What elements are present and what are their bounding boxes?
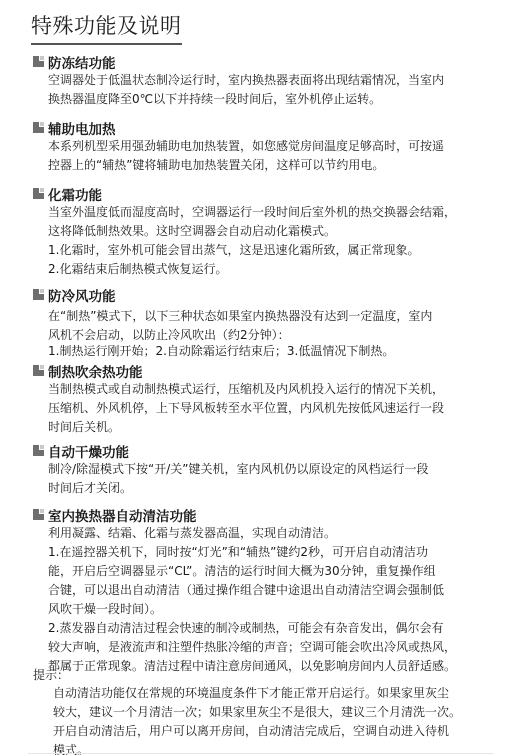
section-heading: 防冻结功能 [33,52,503,71]
section-body: 当制热模式或自动制热模式运行，压缩机及内风机投入运行的情况下关机， 压缩机、外风… [48,380,503,437]
section-heading-text: 制热吹余热功能 [48,361,143,381]
text-line: 本系列机型采用强劲辅助电加热装置，如您感觉房间温度足够高时，可按遥 [48,137,503,156]
page-title: 特殊功能及说明 [31,12,182,45]
section-heading-text: 化霜功能 [48,184,102,204]
text-line: 换热器温度降至0℃以下并持续一段时间后，室外机停止运转。 [48,90,503,109]
bottom-divider [28,753,494,754]
section-heading-text: 辅助电加热 [48,118,116,138]
section-heading: 室内换热器自动清洁功能 [33,505,503,524]
text-line: 1.在遥控器关机下，同时按“灯光”和“辅热”键约2秒，可开启自动清洁功 [48,543,503,562]
square-bullet-icon [33,188,44,199]
text-line: 风机不会启动，以防止冷风吹出（约2分钟）： [48,326,503,342]
text-line: 时间后才关闭。 [48,479,503,498]
section-heading-text: 室内换热器自动清洁功能 [48,505,197,525]
section-auxiliary-heating: 辅助电加热 本系列机型采用强劲辅助电加热装置，如您感觉房间温度足够高时，可按遥 … [33,118,503,175]
text-line: 较大，建议一个月清洁一次；如果家里灰尘不是很大，建议三个月清洗一次。 [53,703,503,722]
tip-body: 自动清洁功能仅在常规的环境温度条件下才能正常开启运行。如果家里灰尘 较大，建议一… [53,684,503,755]
square-bullet-icon [33,509,44,520]
text-line: 风吹干燥一段时间）。 [48,600,503,619]
text-line: 当室外温度低而湿度高时，空调器运行一段时间后室外机的热交换器会结霜， [48,203,503,222]
section-heading-text: 防冷风功能 [48,285,116,305]
text-line: 制冷/除湿模式下按“开/关”键关机，室内风机仍以原设定的风档运行一段 [48,460,503,479]
square-bullet-icon [33,56,44,67]
section-body: 在“制热”模式下，以下三种状态如果室内换热器没有达到一定温度，室内 风机不会启动… [48,307,503,361]
text-line: 时间后关机。 [48,418,503,437]
text-line: 当制热模式或自动制热模式运行，压缩机及内风机投入运行的情况下关机， [48,380,503,399]
section-heading: 辅助电加热 [33,118,503,137]
tip-block: 提示： 自动清洁功能仅在常规的环境温度条件下才能正常开启运行。如果家里灰尘 较大… [33,666,503,755]
text-line: 2.蒸发器自动清洁过程会快速的制冷或制热，可能会有杂音发出，偶尔会有 [48,619,503,638]
text-line: 2.化霜结束后制热模式恢复运行。 [48,260,503,279]
section-heading: 化霜功能 [33,184,503,203]
text-line: 能，开启后空调器显示“CL”。清洁的运行时间大概为30分钟，重复操作组 [48,562,503,581]
section-heading: 防冷风功能 [33,285,503,304]
text-line: 开启自动清洁后，用户可以离开房间，自动清洁完成后，空调自动进入待机 [53,722,503,741]
text-line: 这将降低制热效果。这时空调器会自动启动化霜模式。 [48,222,503,241]
text-line: 合键，可以退出自动清洁（通过操作组合键中途退出自动清洁空调会强制低 [48,581,503,600]
text-line: 空调器处于低温状态制冷运行时，室内换热器表面将出现结霜情况，当室内 [48,71,503,90]
section-body: 本系列机型采用强劲辅助电加热装置，如您感觉房间温度足够高时，可按遥 控器上的“辅… [48,137,503,175]
section-body: 利用凝露、结霜、化霜与蒸发器高温，实现自动清洁。 1.在遥控器关机下，同时按“灯… [48,524,503,676]
text-line: 1.制热运行刚开始；2.自动除霜运行结束后；3.低温情况下制热。 [48,342,503,361]
section-heading: 自动干燥功能 [33,441,503,460]
text-line: 1.化霜时，室外机可能会冒出蒸气，这是迅速化霜所致，属正常现象。 [48,241,503,260]
text-line: 自动清洁功能仅在常规的环境温度条件下才能正常开启运行。如果家里灰尘 [53,684,503,703]
text-line: 较大声响，是液流声和注塑件热胀冷缩的声音；空调可能会吹出冷风或热风， [48,638,503,657]
section-body: 制冷/除湿模式下按“开/关”键关机，室内风机仍以原设定的风档运行一段 时间后才关… [48,460,503,498]
section-body: 当室外温度低而湿度高时，空调器运行一段时间后室外机的热交换器会结霜， 这将降低制… [48,203,503,279]
text-line: 在“制热”模式下，以下三种状态如果室内换热器没有达到一定温度，室内 [48,307,503,326]
square-bullet-icon [33,365,44,376]
square-bullet-icon [33,445,44,456]
text-line: 利用凝露、结霜、化霜与蒸发器高温，实现自动清洁。 [48,524,503,543]
section-anti-freeze: 防冻结功能 空调器处于低温状态制冷运行时，室内换热器表面将出现结霜情况，当室内 … [33,52,503,109]
section-body: 空调器处于低温状态制冷运行时，室内换热器表面将出现结霜情况，当室内 换热器温度降… [48,71,503,109]
square-bullet-icon [33,122,44,133]
tip-label: 提示： [33,666,503,684]
section-heading-text: 防冻结功能 [48,52,116,72]
section-anti-cold-air: 防冷风功能 在“制热”模式下，以下三种状态如果室内换热器没有达到一定温度，室内 … [33,285,503,361]
text-line: 控器上的“辅热”键将辅助电加热装置关闭，这样可以节约用电。 [48,156,503,175]
section-heading-text: 自动干燥功能 [48,441,129,461]
section-auto-dry: 自动干燥功能 制冷/除湿模式下按“开/关”键关机，室内风机仍以原设定的风档运行一… [33,441,503,498]
section-auto-clean: 室内换热器自动清洁功能 利用凝露、结霜、化霜与蒸发器高温，实现自动清洁。 1.在… [33,505,503,676]
square-bullet-icon [33,289,44,300]
section-residual-heat: 制热吹余热功能 当制热模式或自动制热模式运行，压缩机及内风机投入运行的情况下关机… [33,361,503,437]
section-defrost: 化霜功能 当室外温度低而湿度高时，空调器运行一段时间后室外机的热交换器会结霜， … [33,184,503,279]
manual-page: 特殊功能及说明 防冻结功能 空调器处于低温状态制冷运行时，室内换热器表面将出现结… [0,0,521,755]
section-heading: 制热吹余热功能 [33,361,503,380]
text-line: 压缩机、外风机停，上下导风板转至水平位置，内风机先按低风速运行一段 [48,399,503,418]
